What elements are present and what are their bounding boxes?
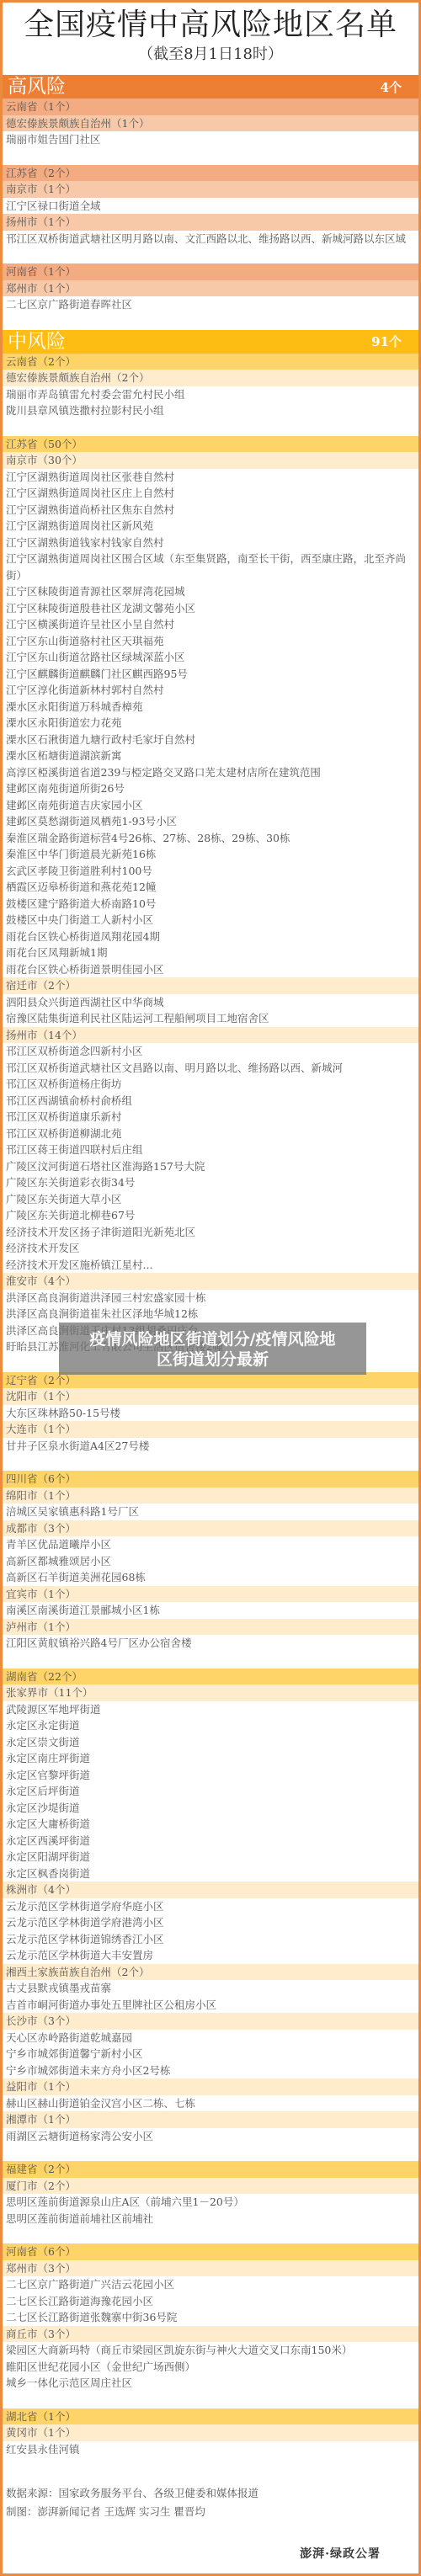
- location-row: 洪泽区高良涧街道崔朱社区泽地华城12栋: [3, 1306, 418, 1323]
- location-row: 瑞丽市姐告国门社区: [3, 131, 418, 148]
- publisher-logo: 澎湃·绿政公署: [300, 2545, 381, 2562]
- location-row: 秦淮区瑞金路街道标营4号26栋、27栋、28栋、29栋、30栋: [3, 830, 418, 847]
- province-row: 湖南省（22个）: [3, 1669, 418, 1685]
- location-row: 二七区京广路街道春晖社区: [3, 296, 418, 313]
- page-title: 全国疫情中高风险地区名单: [3, 8, 418, 43]
- city-row: 德宏傣族景颇族自治州（1个）: [3, 115, 418, 132]
- footer: 数据来源：国家政务服务平台、各级卫健委和媒体报道 制图：澎湃新闻记者 王选辉 实…: [3, 2474, 418, 2521]
- city-row: 淮安市（4个）: [3, 1273, 418, 1290]
- location-row: 江宁区横溪街道许呈社区小呈自然村: [3, 616, 418, 633]
- location-row: 雨湖区云塘街道杨家湾公安小区: [3, 2128, 418, 2145]
- location-row: 天心区赤岭路街道乾城嘉园: [3, 2030, 418, 2046]
- location-row: 经济技术开发区: [3, 1240, 418, 1257]
- title-block: 全国疫情中高风险地区名单 （截至8月1日18时）: [3, 3, 418, 75]
- location-row: 广陵区东关街道彩衣街34号: [3, 1174, 418, 1191]
- location-row: 溧水区石湫街道九塘行政村毛家圩自然村: [3, 732, 418, 748]
- location-row: 大东区珠林路50-15号楼: [3, 1405, 418, 1422]
- location-row: 云龙示范区学林街道学府港湾小区: [3, 1914, 418, 1931]
- city-row: 湘潭市（1个）: [3, 2111, 418, 2128]
- location-row: 永定区西溪坪街道: [3, 1833, 418, 1850]
- location-row: 云龙示范区学林街道大丰安置房: [3, 1947, 418, 1964]
- location-row: 邗江区双桥街道武塘社区文昌路以南、明月路以北、维扬路以西、新城河: [3, 1060, 418, 1077]
- mid-risk-header: 中风险 91个: [3, 330, 418, 354]
- location-row: 二七区长江路街道张魏寨中街36号院: [3, 2309, 418, 2326]
- city-row: 德宏傣族景颇族自治州（2个）: [3, 370, 418, 386]
- location-row: 甘井子区泉水街道A4区27号楼: [3, 1438, 418, 1455]
- city-row: 张家界市（11个）: [3, 1685, 418, 1701]
- location-row: 江宁区禄口街道全域: [3, 198, 418, 215]
- location-row: 江宁区湖熟街道钱家村钱家自然村: [3, 535, 418, 551]
- province-row: 河南省（6个）: [3, 2243, 418, 2260]
- risk-list-poster: 全国疫情中高风险地区名单 （截至8月1日18时） 高风险 4个 云南省（1个）德…: [0, 0, 421, 2576]
- location-row: 雨花台区铁心桥街道凤翔花园4期: [3, 929, 418, 945]
- location-row: 高淳区椏溪街道省道239与椏定路交叉路口芜太建材店所在建筑范围: [3, 764, 418, 781]
- location-row: 江宁区湖熟街道周岗社区围合区域（东至集贤路，南至长干街，西至康庄路，北至齐尚街）: [3, 551, 418, 583]
- city-row: 扬州市（1个）: [3, 214, 418, 231]
- location-row: 栖霞区迈皋桥街道和燕花苑12幢: [3, 879, 418, 896]
- province-row: 云南省（1个）: [3, 98, 418, 115]
- location-row: 江宁区麒麟街道麒麟门社区麒西路95号: [3, 666, 418, 683]
- location-row: 广陵区汶河街道石塔社区淮海路157号大院: [3, 1158, 418, 1175]
- location-row: 云龙示范区学林街道锦绣香江小区: [3, 1931, 418, 1948]
- location-row: 城乡一体化示范区周庄社区: [3, 2375, 418, 2392]
- location-row: 二七区长江路街道海豫花园小区: [3, 2293, 418, 2310]
- location-row: 思明区莲前街道前埔社区前埔社: [3, 2211, 418, 2227]
- city-row: 扬州市（14个）: [3, 1027, 418, 1044]
- location-row: 宁乡市城郊街道馨宁新村小区: [3, 2046, 418, 2062]
- location-row: 睢阳区世纪花园小区（金世纪广场西侧）: [3, 2359, 418, 2376]
- province-row: 福建省（2个）: [3, 2161, 418, 2178]
- location-row: 洪泽区高良涧街道洪泽园三村宏盛家园十栋: [3, 1290, 418, 1307]
- location-row: 吉首市峒河街道办事处五里牌社区公租房小区: [3, 1997, 418, 2014]
- city-row: 南京市（30个）: [3, 452, 418, 469]
- credit: 制图：澎湃新闻记者 王选辉 实习生 瞿晋均: [6, 2503, 415, 2521]
- section-gap: [3, 1454, 418, 1471]
- location-row: 江宁区东山街道骆村社区天琪福苑: [3, 633, 418, 650]
- location-row: 永定区崇文街道: [3, 1734, 418, 1751]
- city-row: 大连市（1个）: [3, 1421, 418, 1438]
- location-row: 邗江区西湖镇俞桥村俞桥组: [3, 1093, 418, 1110]
- mid-risk-list: 云南省（2个）德宏傣族景颇族自治州（2个）瑞丽市弄岛镇雷允村委会雷允村民小组陇川…: [3, 354, 418, 2475]
- location-row: 南溪区南溪街道江景郦城小区1栋: [3, 1602, 418, 1619]
- province-row: 四川省（6个）: [3, 1471, 418, 1488]
- section-gap: [3, 2227, 418, 2243]
- province-row: 河南省（1个）: [3, 263, 418, 280]
- location-row: 江阳区黄舣镇裕兴路4号厂区办公宿舍楼: [3, 1635, 418, 1652]
- location-row: 溧水区永阳街道万科城香樟苑: [3, 699, 418, 716]
- city-row: 厦门市（2个）: [3, 2178, 418, 2195]
- location-row: 宿豫区陆集街道利民社区陆运河工程船闸项目工地宿舍区: [3, 1010, 418, 1027]
- city-row: 绵阳市（1个）: [3, 1488, 418, 1504]
- section-gap: [3, 2392, 418, 2408]
- location-row: 赫山区赫山街道铂金汉宫小区二栋、七栋: [3, 2095, 418, 2112]
- section-gap: [3, 148, 418, 165]
- location-row: 高新区都城雅颂居小区: [3, 1553, 418, 1570]
- location-row: 古丈县默戎镇墨戎苗寨: [3, 1980, 418, 1997]
- location-row: 鼓楼区建宁路街道大桥南路10号: [3, 896, 418, 913]
- location-row: 江宁区湖熟街道尚桥社区焦东自然村: [3, 502, 418, 519]
- location-row: 经济技术开发区扬子津街道阳光新苑北区: [3, 1224, 418, 1241]
- location-row: 江宁区湖熟街道周岗社区新风苑: [3, 518, 418, 535]
- province-row: 江苏省（50个）: [3, 436, 418, 453]
- location-row: 梁园区大商新玛特（商丘市梁园区凯旋东街与神火大道交叉口东南150米）: [3, 2342, 418, 2359]
- location-row: 广陵区东关街道大草小区: [3, 1191, 418, 1208]
- city-row: 泸州市（1个）: [3, 1619, 418, 1636]
- location-row: 泗阳县众兴街道西湖社区中华商城: [3, 994, 418, 1011]
- location-row: 永定区后坪街道: [3, 1783, 418, 1800]
- section-gap: [3, 247, 418, 263]
- high-risk-header: 高风险 4个: [3, 75, 418, 98]
- location-row: 溧水区柘塘街道湖滨新寓: [3, 748, 418, 764]
- location-row: 玄武区孝陵卫街道胜利村100号: [3, 863, 418, 880]
- city-row: 郑州市（1个）: [3, 280, 418, 297]
- location-row: 武陵源区军地坪街道: [3, 1701, 418, 1718]
- high-risk-list: 云南省（1个）德宏傣族景颇族自治州（1个）瑞丽市姐告国门社区江苏省（2个）南京市…: [3, 98, 418, 330]
- city-row: 沈阳市（1个）: [3, 1388, 418, 1405]
- province-row: 云南省（2个）: [3, 354, 418, 370]
- city-row: 南京市（1个）: [3, 181, 418, 198]
- location-row: 雨花台区凤翔新城1期: [3, 945, 418, 961]
- location-row: 邗江区双桥街道杨庄街坊: [3, 1076, 418, 1093]
- watermark-line-2: 区街道划分最新: [59, 1349, 366, 1370]
- city-row: 商丘市（3个）: [3, 2326, 418, 2343]
- location-row: 红安县永佳河镇: [3, 2441, 418, 2458]
- location-row: 瑞丽市弄岛镇雷允村委会雷允村民小组: [3, 386, 418, 403]
- location-row: 江宁区湖熟街道周岗社区张巷自然村: [3, 469, 418, 486]
- location-row: 永定区永定街道: [3, 1717, 418, 1734]
- section-gap: [3, 1652, 418, 1669]
- location-row: 鼓楼区中央门街道工人新村小区: [3, 912, 418, 929]
- location-row: 广陵区东关街道北柳巷67号: [3, 1207, 418, 1224]
- location-row: 溧水区永阳街道宏力花苑: [3, 715, 418, 732]
- location-row: 思明区莲前街道源泉山庄A区（前埔六里1－20号）: [3, 2194, 418, 2211]
- data-source: 数据来源：国家政务服务平台、各级卫健委和媒体报道: [6, 2484, 415, 2503]
- location-row: 二七区京广路街道广兴洁云花园小区: [3, 2276, 418, 2293]
- high-risk-label: 高风险: [8, 75, 66, 98]
- city-row: 宿迁市（2个）: [3, 977, 418, 994]
- city-row: 长沙市（3个）: [3, 2013, 418, 2030]
- location-row: 永定区沙堤街道: [3, 1800, 418, 1817]
- section-gap: [3, 313, 418, 330]
- location-row: 建邺区南苑街道所街26号: [3, 780, 418, 797]
- location-row: 江宁区湖熟街道周岗社区庄上自然村: [3, 485, 418, 502]
- mid-risk-section: 中风险 91个 云南省（2个）德宏傣族景颇族自治州（2个）瑞丽市弄岛镇雷允村委会…: [3, 330, 418, 2475]
- location-row: 永定区阳湖坪街道: [3, 1849, 418, 1865]
- location-row: 江宁区秣陵街道青源社区翠屏湾花园城: [3, 583, 418, 600]
- city-row: 益阳市（1个）: [3, 2078, 418, 2095]
- city-row: 郑州市（3个）: [3, 2260, 418, 2277]
- mid-risk-label: 中风险: [8, 330, 66, 354]
- location-row: 建邺区莫愁湖街道凤栖苑1-93号小区: [3, 813, 418, 830]
- city-row: 株洲市（4个）: [3, 1881, 418, 1898]
- location-row: 永定区南庄坪街道: [3, 1750, 418, 1767]
- location-row: 邗江区双桥街道武塘社区明月路以南、文汇西路以北、维扬路以西、新城河路以东区域: [3, 231, 418, 247]
- location-row: 邗江区双桥街道柳湖北苑: [3, 1126, 418, 1142]
- location-row: 陇川县章风镇迭撒村拉影村民小组: [3, 402, 418, 419]
- high-risk-section: 高风险 4个 云南省（1个）德宏傣族景颇族自治州（1个）瑞丽市姐告国门社区江苏省…: [3, 75, 418, 330]
- city-row: 湘西土家族苗族自治州（2个）: [3, 1964, 418, 1981]
- city-row: 宜宾市（1个）: [3, 1586, 418, 1603]
- location-row: 邗江区双桥街道念四新村小区: [3, 1043, 418, 1060]
- location-row: 江宁区淳化街道新林村郭村自然村: [3, 682, 418, 699]
- high-risk-count: 4个: [381, 78, 402, 96]
- location-row: 秦淮区中华门街道晨光新苑16栋: [3, 846, 418, 863]
- location-row: 高新区石羊街道美洲花园68栋: [3, 1569, 418, 1586]
- watermark-line-1: 疫情风险地区街道划分/疫情风险地: [59, 1329, 366, 1349]
- section-gap: [3, 419, 418, 436]
- mid-risk-count: 91个: [371, 333, 402, 350]
- location-row: 永定区枫香岗街道: [3, 1865, 418, 1882]
- location-row: 涪城区吴家镇惠科路1号厂区: [3, 1504, 418, 1520]
- location-row: 永定区大庸桥街道: [3, 1816, 418, 1833]
- location-row: 云龙示范区学林街道学府华庭小区: [3, 1898, 418, 1915]
- location-row: 江宁区秣陵街道殷巷社区龙湖文馨苑小区: [3, 600, 418, 617]
- city-row: 黄冈市（1个）: [3, 2424, 418, 2441]
- province-row: 江苏省（2个）: [3, 165, 418, 182]
- location-row: 青羊区优品道曦岸小区: [3, 1536, 418, 1553]
- location-row: 永定区官黎坪街道: [3, 1767, 418, 1784]
- section-gap: [3, 2144, 418, 2161]
- location-row: 邗江区蒋王街道四联村后庄组: [3, 1142, 418, 1158]
- watermark-overlay: 疫情风险地区街道划分/疫情风险地 区街道划分最新: [59, 1323, 366, 1375]
- location-row: 建邺区南苑街道吉庆家园小区: [3, 797, 418, 814]
- page-subtitle: （截至8月1日18时）: [3, 45, 418, 65]
- location-row: 宁乡市城郊街道未来方舟小区2号栋: [3, 2062, 418, 2079]
- section-gap: [3, 2457, 418, 2474]
- city-row: 成都市（3个）: [3, 1520, 418, 1537]
- province-row: 湖北省（1个）: [3, 2408, 418, 2425]
- location-row: 邗江区双桥街道康乐新村: [3, 1109, 418, 1126]
- location-row: 雨花台区铁心桥街道景明佳园小区: [3, 961, 418, 978]
- location-row: 经济技术开发区施桥镇江星村...: [3, 1257, 418, 1274]
- location-row: 江宁区东山街道岔路社区绿城深蓝小区: [3, 649, 418, 666]
